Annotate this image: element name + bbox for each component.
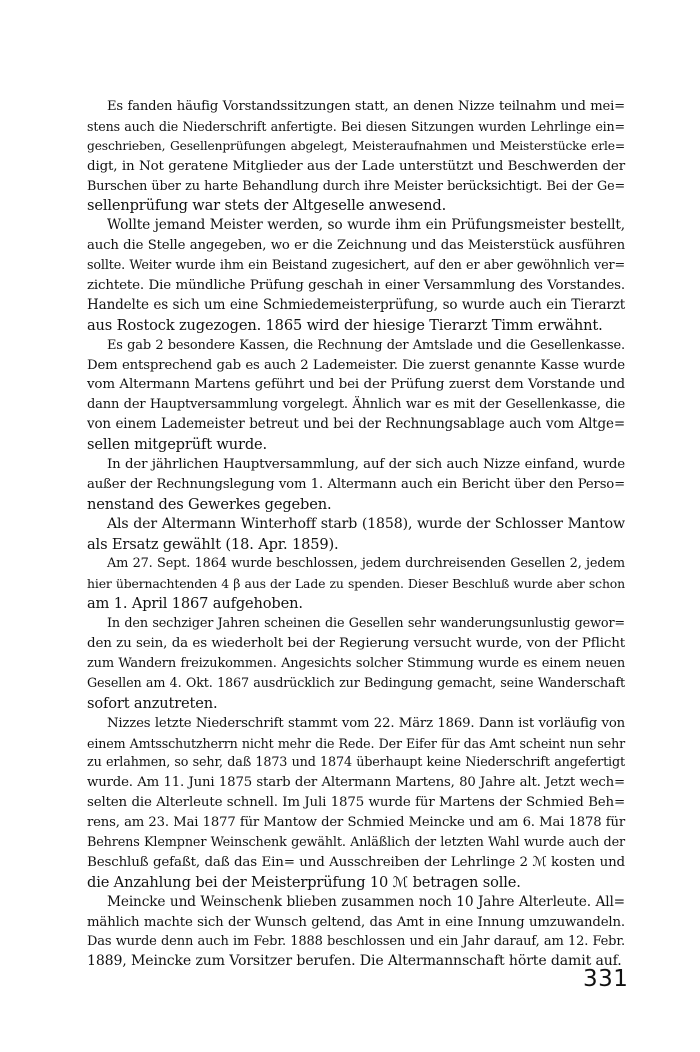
text-line: Meincke und Weinschenk blieben zusammen … <box>87 893 625 913</box>
text-line: sellen mitgeprüft wurde. <box>87 435 625 455</box>
text-line: zichtete. Die mündliche Prüfung geschah … <box>87 276 625 296</box>
text-line: geschrieben, Gesellenprüfungen abgelegt,… <box>87 137 625 157</box>
text-line: vom Altermann Martens geführt und bei de… <box>87 375 625 395</box>
text-line: dann der Hauptversammlung vorgelegt. Ähn… <box>87 395 625 415</box>
text-line: auch die Stelle angegeben, wo er die Zei… <box>87 236 625 256</box>
text-line: Es fanden häufig Vorstandssitzungen stat… <box>87 97 625 117</box>
text-line: aus Rostock zugezogen. 1865 wird der hie… <box>87 316 625 336</box>
text-line: von einem Lademeister betreut und bei de… <box>87 415 625 435</box>
text-line: die Anzahlung bei der Meisterprüfung 10 … <box>87 873 625 893</box>
text-line: Nizzes letzte Niederschrift stammt vom 2… <box>87 714 625 734</box>
text-line: einem Amtsschutzherrn nicht mehr die Red… <box>87 734 625 754</box>
text-line: zu erlahmen, so sehr, daß 1873 und 1874 … <box>87 753 625 773</box>
text-line: Beschluß gefaßt, daß das Ein= und Aussch… <box>87 853 625 873</box>
text-line: In der jährlichen Hauptversammlung, auf … <box>87 455 625 475</box>
paragraph: In der jährlichen Hauptversammlung, auf … <box>87 455 625 515</box>
text-line: Als der Altermann Winterhoff starb (1858… <box>87 515 625 535</box>
paragraph: Wollte jemand Meister werden, so wurde i… <box>87 216 625 335</box>
text-line: digt, in Not geratene Mitglieder aus der… <box>87 157 625 177</box>
paragraph: Es gab 2 besondere Kassen, die Rechnung … <box>87 336 625 455</box>
text-line: sofort anzutreten. <box>87 694 625 714</box>
text-line: zum Wandern freizukommen. Angesichts sol… <box>87 654 625 674</box>
text-line: am 1. April 1867 aufgehoben. <box>87 594 625 614</box>
text-line: als Ersatz gewählt (18. Apr. 1859). <box>87 535 625 555</box>
paragraph: Als der Altermann Winterhoff starb (1858… <box>87 515 625 555</box>
paragraph: Es fanden häufig Vorstandssitzungen stat… <box>87 97 625 216</box>
text-line: 1889, Meincke zum Vorsitzer berufen. Die… <box>87 952 625 972</box>
text-line: sollte. Weiter wurde ihm ein Beistand zu… <box>87 256 625 276</box>
text-line: Dem entsprechend gab es auch 2 Lademeist… <box>87 356 625 376</box>
paragraph: Nizzes letzte Niederschrift stammt vom 2… <box>87 714 625 893</box>
paragraph: Am 27. Sept. 1864 wurde beschlossen, jed… <box>87 554 625 614</box>
paragraph: Meincke und Weinschenk blieben zusammen … <box>87 893 625 973</box>
text-line: den zu sein, da es wiederholt bei der Re… <box>87 634 625 654</box>
text-line: Behrens Klempner Weinschenk gewählt. Anl… <box>87 833 625 853</box>
text-line: nenstand des Gewerkes gegeben. <box>87 495 625 515</box>
text-line: stens auch die Niederschrift anfertigte.… <box>87 117 625 137</box>
page-number: 331 <box>583 966 628 992</box>
text-line: Am 27. Sept. 1864 wurde beschlossen, jed… <box>87 554 625 574</box>
paragraph: In den sechziger Jahren scheinen die Ges… <box>87 614 625 713</box>
document-page: Es fanden häufig Vorstandssitzungen stat… <box>87 97 625 972</box>
text-line: Handelte es sich um eine Schmiedemeister… <box>87 296 625 316</box>
text-line: Es gab 2 besondere Kassen, die Rechnung … <box>87 336 625 356</box>
text-line: mählich machte sich der Wunsch geltend, … <box>87 913 625 933</box>
text-line: Burschen über zu harte Behandlung durch … <box>87 177 625 197</box>
text-line: außer der Rechnungslegung vom 1. Alterma… <box>87 475 625 495</box>
text-line: wurde. Am 11. Juni 1875 starb der Alterm… <box>87 773 625 793</box>
text-line: hier übernachtenden 4 β aus der Lade zu … <box>87 574 625 594</box>
text-line: sellenprüfung war stets der Altgeselle a… <box>87 196 625 216</box>
text-line: Wollte jemand Meister werden, so wurde i… <box>87 216 625 236</box>
text-line: rens, am 23. Mai 1877 für Mantow der Sch… <box>87 813 625 833</box>
text-line: In den sechziger Jahren scheinen die Ges… <box>87 614 625 634</box>
text-line: Gesellen am 4. Okt. 1867 ausdrücklich zu… <box>87 674 625 694</box>
text-line: selten die Alterleute schnell. Im Juli 1… <box>87 793 625 813</box>
text-line: Das wurde denn auch im Febr. 1888 beschl… <box>87 932 625 952</box>
